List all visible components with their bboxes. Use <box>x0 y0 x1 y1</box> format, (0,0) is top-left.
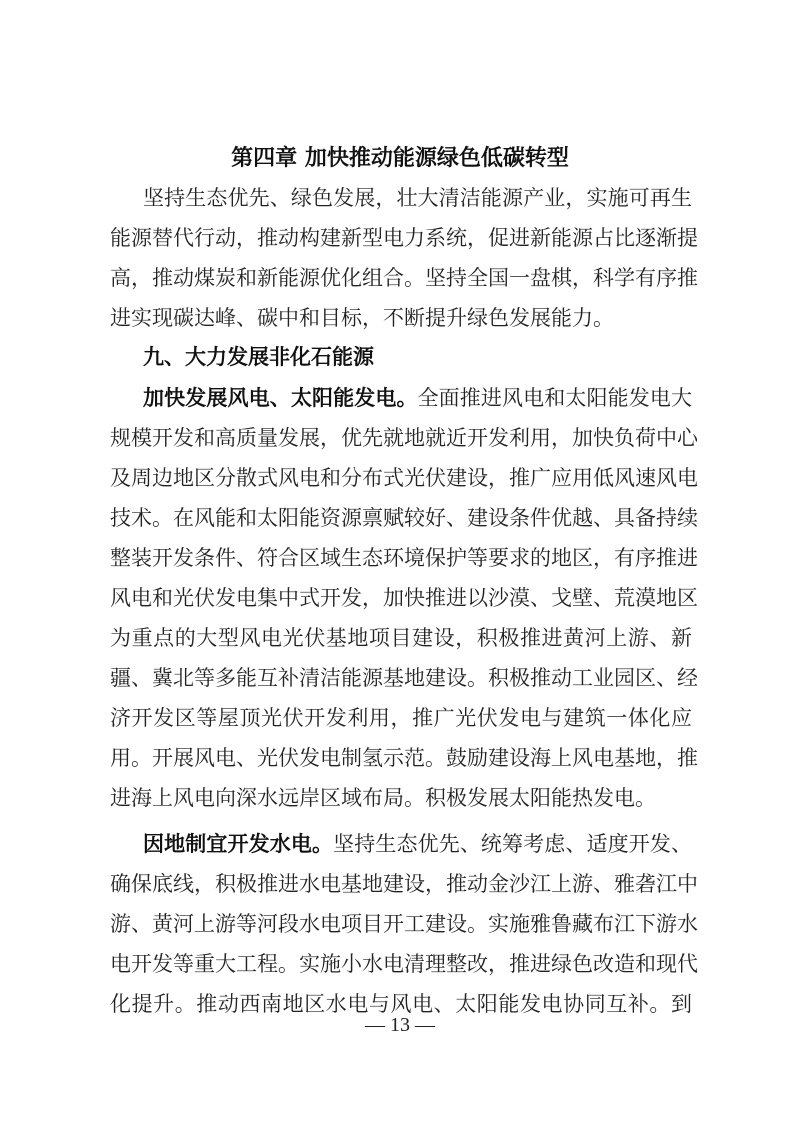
wind-solar-paragraph-line: 进海上风电向深水远岸区域布局。积极发展太阳能热发电。 <box>110 778 692 818</box>
intro-paragraph-line: 进实现碳达峰、碳中和目标，不断提升绿色发展能力。 <box>110 298 692 338</box>
wind-solar-paragraph-line: 济开发区等屋顶光伏开发利用，推广光伏发电与建筑一体化应 <box>110 698 692 738</box>
paragraph-lead: 加快发展风电、太阳能发电。 <box>143 386 418 410</box>
wind-solar-paragraph-line: 加快发展风电、太阳能发电。全面推进风电和太阳能发电大 <box>143 378 692 418</box>
intro-paragraph-line: 坚持生态优先、绿色发展，壮大清洁能源产业，实施可再生 <box>143 178 692 218</box>
chapter-title: 第四章 加快推动能源绿色低碳转型 <box>0 142 800 174</box>
wind-solar-paragraph-line: 用。开展风电、光伏发电制氢示范。鼓励建设海上风电基地，推 <box>110 738 692 778</box>
wind-solar-paragraph-line: 疆、冀北等多能互补清洁能源基地建设。积极推动工业园区、经 <box>110 658 692 698</box>
section-heading: 九、大力发展非化石能源 <box>143 337 374 377</box>
paragraph-lead: 因地制宜开发水电。 <box>143 832 333 856</box>
wind-solar-paragraph-line: 及周边地区分散式风电和分布式光伏建设，推广应用低风速风电 <box>110 458 692 498</box>
hydro-paragraph-line: 确保底线，积极推进水电基地建设，推动金沙江上游、雅砻江中 <box>110 864 692 904</box>
hydro-paragraph-line: 游、黄河上游等河段水电项目开工建设。实施雅鲁藏布江下游水 <box>110 904 692 944</box>
paragraph-text: 坚持生态优先、统筹考虑、适度开发、 <box>333 832 692 856</box>
hydro-paragraph-line: 电开发等重大工程。实施小水电清理整改，推进绿色改造和现代 <box>110 944 692 984</box>
paragraph-text: 全面推进风电和太阳能发电大 <box>418 386 692 410</box>
intro-paragraph-line: 能源替代行动，推动构建新型电力系统，促进新能源占比逐渐提 <box>110 218 692 258</box>
document-page: 第四章 加快推动能源绿色低碳转型 坚持生态优先、绿色发展，壮大清洁能源产业，实施… <box>0 0 800 1131</box>
wind-solar-paragraph-line: 风电和光伏发电集中式开发，加快推进以沙漠、戈壁、荒漠地区 <box>110 578 692 618</box>
wind-solar-paragraph-line: 规模开发和高质量发展，优先就地就近开发利用，加快负荷中心 <box>110 418 692 458</box>
intro-paragraph-line: 高，推动煤炭和新能源优化组合。坚持全国一盘棋，科学有序推 <box>110 258 692 298</box>
wind-solar-paragraph-line: 技术。在风能和太阳能资源禀赋较好、建设条件优越、具备持续 <box>110 498 692 538</box>
page-number: — 13 — <box>0 1010 800 1040</box>
hydro-paragraph-line: 因地制宜开发水电。坚持生态优先、统筹考虑、适度开发、 <box>143 824 692 864</box>
wind-solar-paragraph-line: 整装开发条件、符合区域生态环境保护等要求的地区，有序推进 <box>110 538 692 578</box>
wind-solar-paragraph-line: 为重点的大型风电光伏基地项目建设，积极推进黄河上游、新 <box>110 618 692 658</box>
